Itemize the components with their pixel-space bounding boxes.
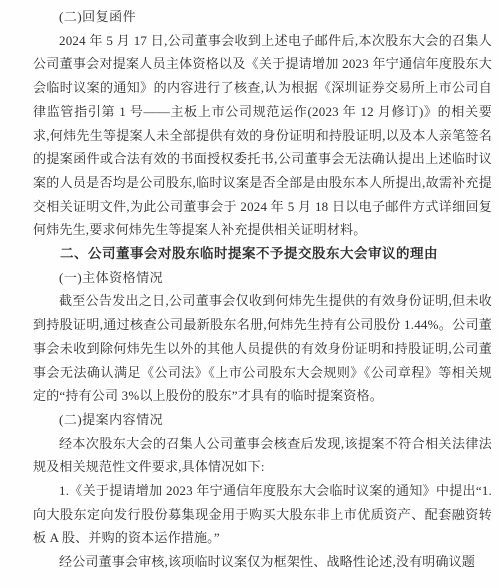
paragraph-subject-qualification: 截至公告发出之日,公司董事会仅收到何炜先生提供的有效身份证明,但未收到持股证明,… bbox=[33, 289, 492, 408]
paragraph-proposal-review-intro: 经本次股东大会的召集人公司董事会核查后发现,该提案不符合相关法律法规及相关规范性… bbox=[33, 432, 492, 479]
paragraph-reply-letter: 2024 年 5 月 17 日,公司董事会收到上述电子邮件后,本次股东大会的召集… bbox=[33, 29, 492, 242]
section-heading-rejection-reasons: 二、公司董事会对股东临时提案不予提交股东大会审议的理由 bbox=[33, 242, 492, 266]
paragraph-proposal-item-1: 1.《关于提请增加 2023 年宁通信年度股东大会临时议案的通知》中提出“1.向… bbox=[33, 479, 492, 550]
paragraph-board-review-conclusion: 经公司董事会审核,该项临时议案仅为框架性、战略性论述,没有明确议题 bbox=[33, 550, 492, 574]
subsection-heading-reply-letter: (二)回复函件 bbox=[33, 5, 492, 29]
subsection-heading-proposal-content: (二)提案内容情况 bbox=[33, 408, 492, 432]
document-page: (二)回复函件 2024 年 5 月 17 日,公司董事会收到上述电子邮件后,本… bbox=[0, 0, 499, 588]
subsection-heading-subject-qualification: (一)主体资格情况 bbox=[33, 266, 492, 290]
